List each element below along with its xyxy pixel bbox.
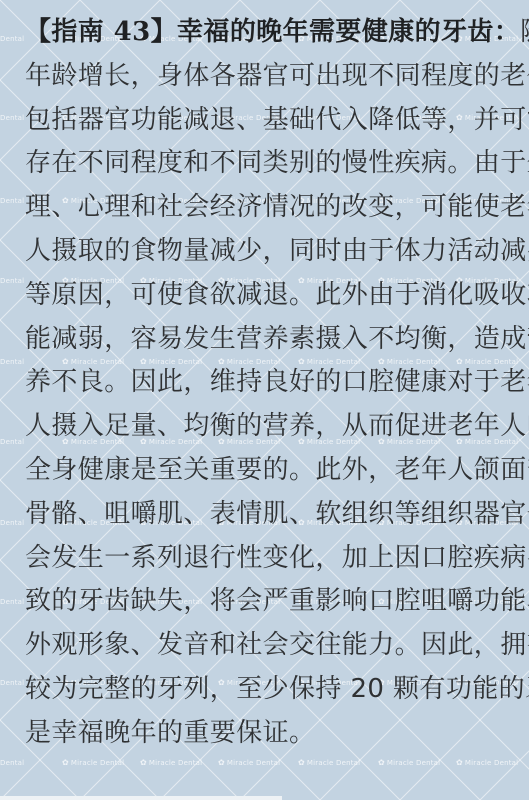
article-line-6: 人摄取的食物量减少，同时由于体力活动减少 xyxy=(25,230,507,274)
article-line-17: 是幸福晚年的重要保证。 xyxy=(25,712,507,756)
article-heading: 【指南 43】幸福的晚年需要健康的牙齿： xyxy=(25,17,520,47)
article-line-1: 【指南 43】幸福的晚年需要健康的牙齿：随着 xyxy=(25,11,507,55)
bottom-edge-strip xyxy=(0,796,282,800)
article-line-5: 理、心理和社会经济情况的改变，可能使老年 xyxy=(25,186,507,230)
article-line-10: 人摄入足量、均衡的营养，从而促进老年人的 xyxy=(25,405,507,449)
article-line-2: 年龄增长，身体各器官可出现不同程度的老化， xyxy=(25,55,507,99)
article-body: 【指南 43】幸福的晚年需要健康的牙齿：随着 年龄增长，身体各器官可出现不同程度… xyxy=(25,11,507,756)
article-line-12: 骨骼、咀嚼肌、表情肌、软组织等组织器官也 xyxy=(25,493,507,537)
article-line-8: 能减弱，容易发生营养素摄入不均衡，造成营 xyxy=(25,318,507,362)
article-line-15: 外观形象、发音和社会交往能力。因此，拥有 xyxy=(25,624,507,668)
article-line-4: 存在不同程度和不同类别的慢性疾病。由于生 xyxy=(25,142,507,186)
article-line-11: 全身健康是至关重要的。此外，老年人颌面部 xyxy=(25,449,507,493)
article-line-14: 致的牙齿缺失，将会严重影响口腔咀嚼功能、 xyxy=(25,580,507,624)
article-line-16: 较为完整的牙列，至少保持 20 颗有功能的牙齿 xyxy=(25,668,507,712)
article-line-7: 等原因，可使食欲减退。此外由于消化吸收功 xyxy=(25,274,507,318)
article-line-13: 会发生一系列退行性变化，加上因口腔疾病导 xyxy=(25,537,507,581)
article-line-text: 随着 xyxy=(520,17,529,47)
article-line-9: 养不良。因此，维持良好的口腔健康对于老年 xyxy=(25,361,507,405)
article-line-3: 包括器官功能减退、基础代入降低等，并可能 xyxy=(25,99,507,143)
